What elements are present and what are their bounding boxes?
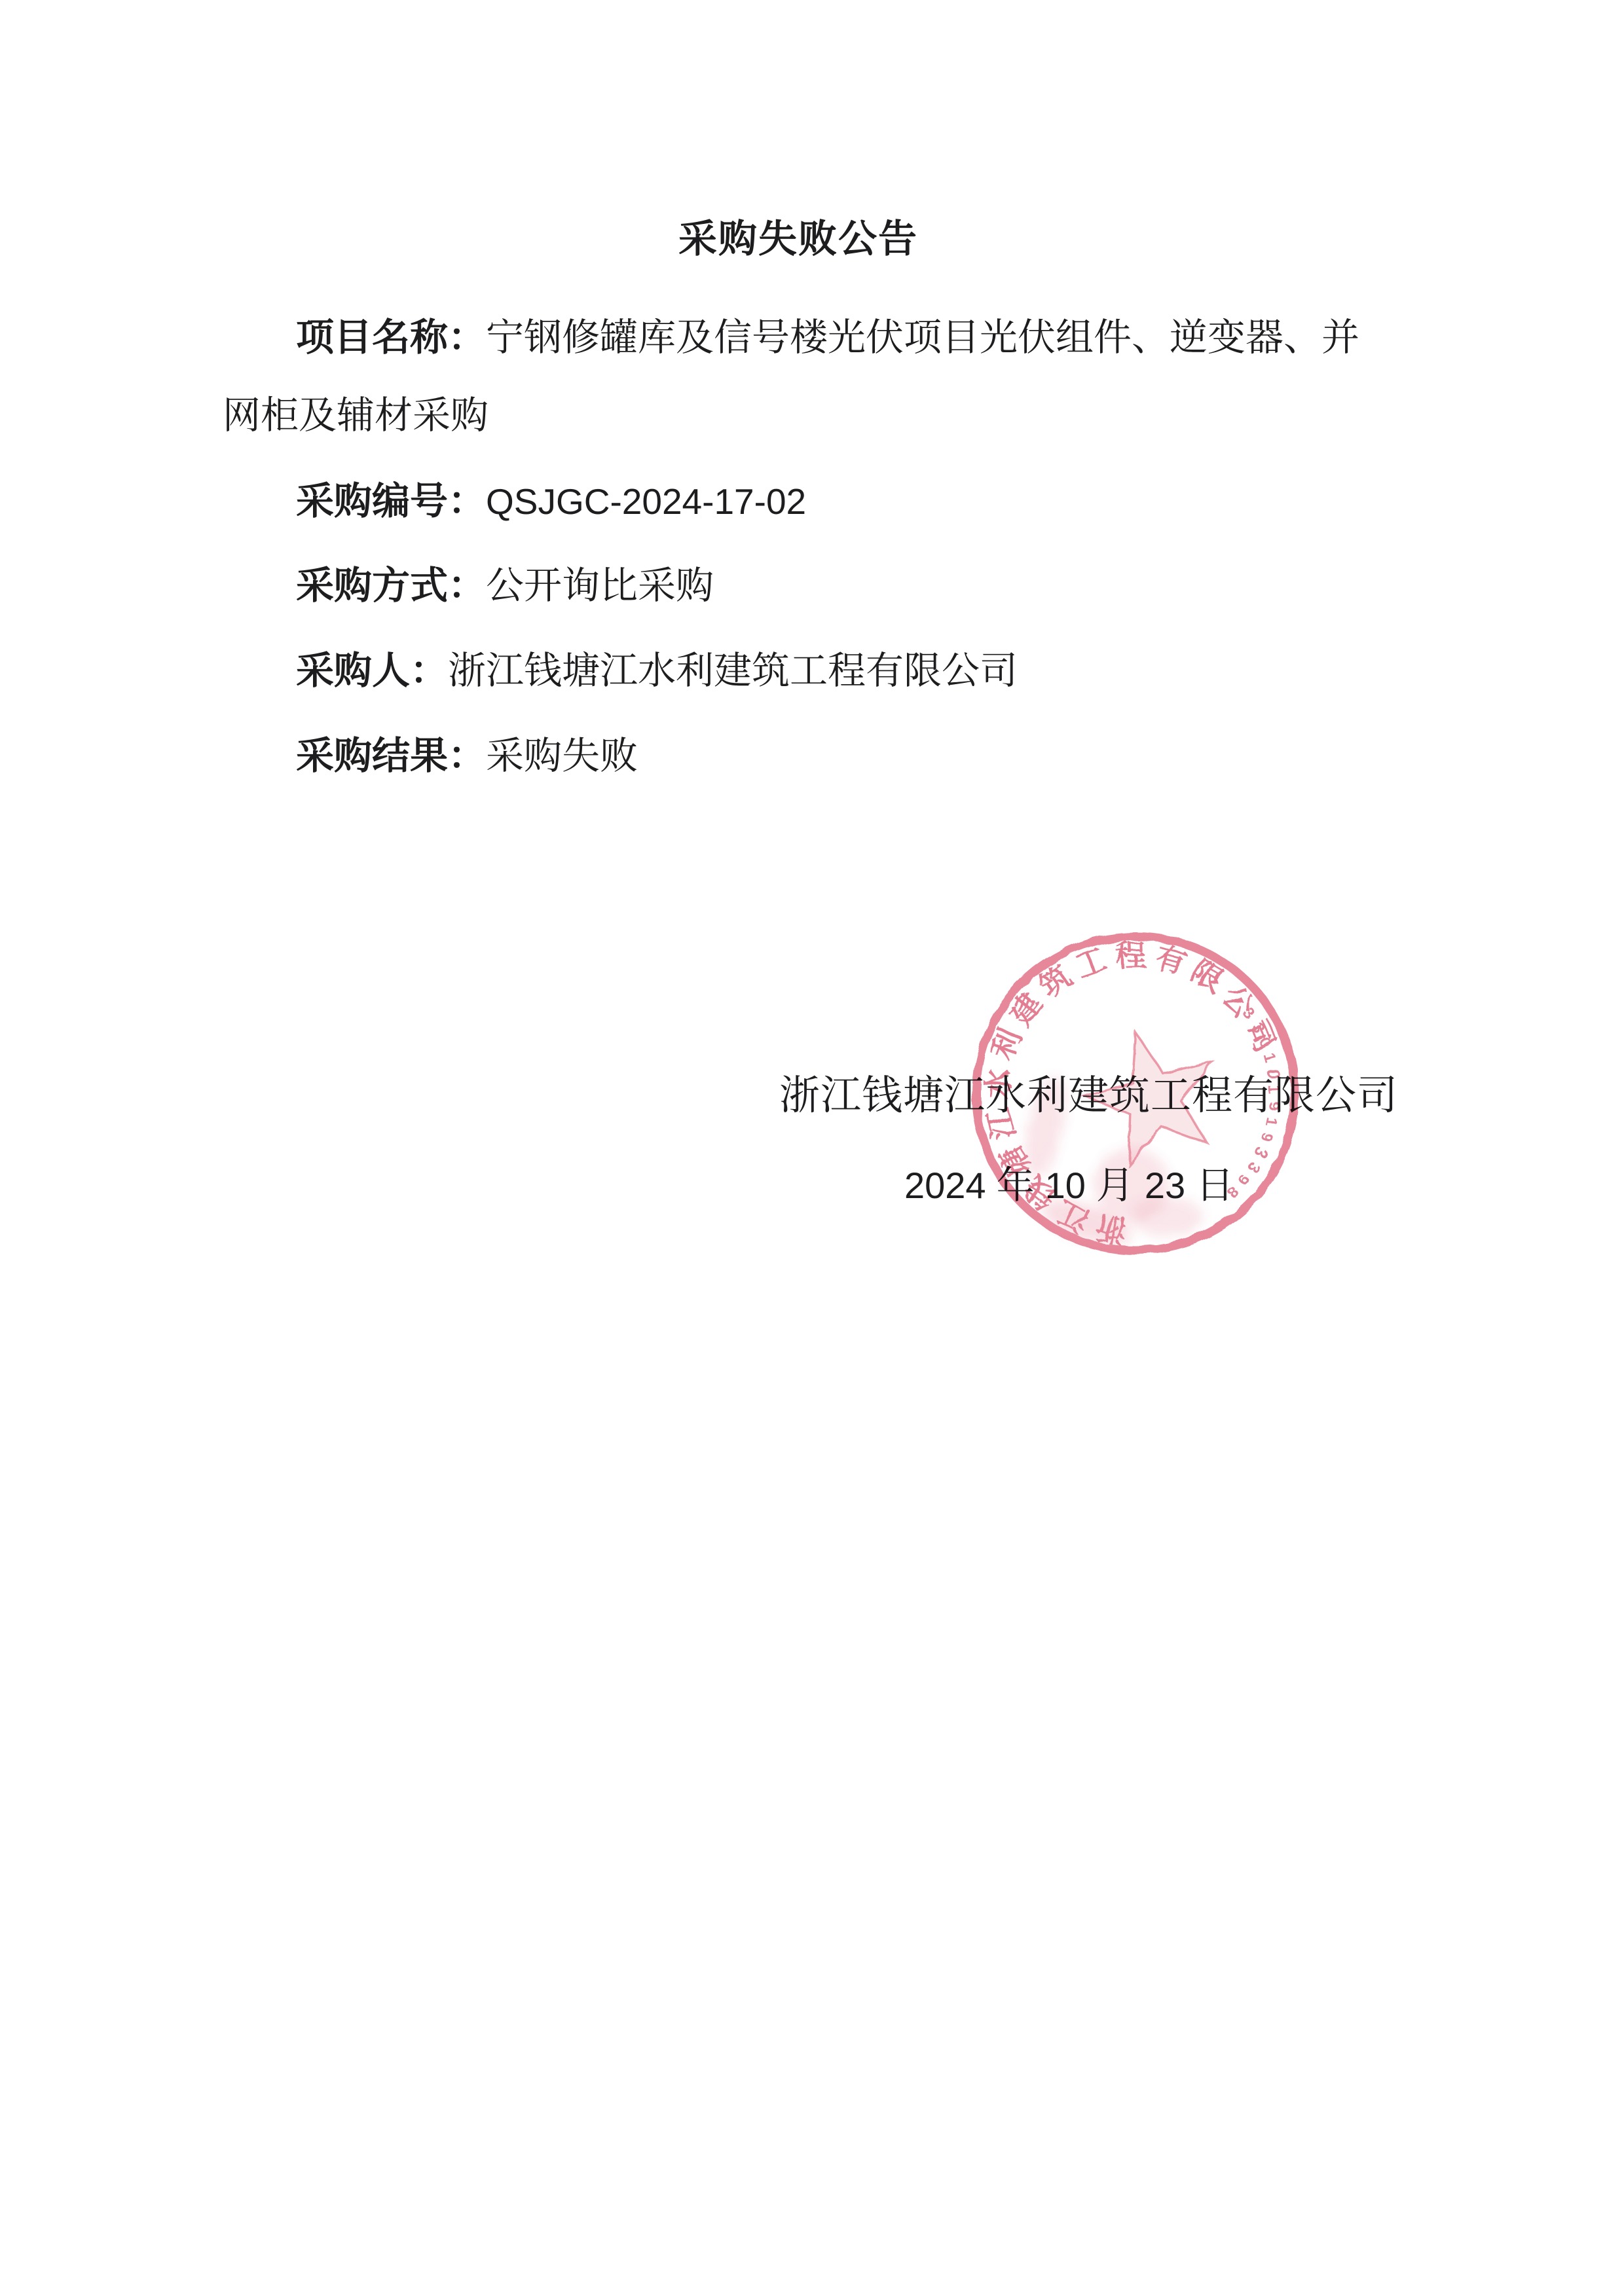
svg-text:1: 1: [1260, 1051, 1280, 1065]
field-value: 浙江钱塘江水利建筑工程有限公司: [448, 649, 1018, 692]
body-line-procurement-method: 采购方式：公开询比采购: [296, 567, 714, 605]
svg-text:0: 0: [1255, 1034, 1275, 1049]
body-line-project-name-continued: 网柜及辅材采购: [223, 397, 489, 435]
date-day-unit: 日: [1196, 1167, 1234, 1205]
field-label: 项目名称：: [296, 316, 486, 359]
field-label: 采购结果：: [296, 735, 486, 777]
field-label: 采购方式：: [296, 564, 486, 607]
field-label: 采购编号：: [296, 480, 486, 522]
signature-date: 2024年10月23日: [904, 1167, 1234, 1205]
svg-text:9: 9: [1234, 1171, 1254, 1189]
body-line-purchaser: 采购人：浙江钱塘江水利建筑工程有限公司: [296, 652, 1018, 690]
field-value: 网柜及辅材采购: [223, 394, 489, 437]
field-value: 采购失败: [486, 735, 638, 777]
svg-text:3: 3: [1243, 1158, 1263, 1176]
document-page: 采购失败公告 项目名称：宁钢修罐库及信号楼光伏项目光伏组件、逆变器、并 网柜及辅…: [0, 0, 1624, 2296]
field-label: 采购人：: [296, 649, 448, 692]
svg-text:建: 建: [1004, 987, 1048, 1032]
body-line-procurement-result: 采购结果：采购失败: [296, 737, 638, 775]
svg-text:浙: 浙: [1094, 1210, 1129, 1248]
date-year-unit: 年: [997, 1167, 1035, 1205]
date-month-unit: 月: [1096, 1167, 1134, 1205]
date-day: 23: [1145, 1167, 1185, 1204]
signature-company: 浙江钱塘江水利建筑工程有限公司: [779, 1076, 1398, 1116]
svg-text:3: 3: [1251, 1144, 1271, 1161]
svg-text:9: 9: [1257, 1131, 1277, 1145]
svg-text:公: 公: [1216, 979, 1261, 1024]
svg-text:司: 司: [1239, 1015, 1282, 1056]
svg-text:有: 有: [1152, 940, 1190, 980]
svg-text:工: 工: [1071, 943, 1111, 984]
svg-text:程: 程: [1115, 939, 1147, 974]
date-month: 10: [1045, 1167, 1086, 1204]
svg-text:3: 3: [1239, 1005, 1259, 1023]
document-title: 采购失败公告: [0, 220, 1596, 259]
body-line-procurement-number: 采购编号：QSJGC-2024-17-02: [296, 483, 806, 520]
svg-text:限: 限: [1186, 954, 1229, 998]
date-year: 2024: [904, 1167, 986, 1204]
field-value: 公开询比采购: [486, 564, 714, 607]
body-line-project-name: 项目名称：宁钢修罐库及信号楼光伏项目光伏组件、逆变器、并: [296, 319, 1359, 357]
field-value: QSJGC-2024-17-02: [486, 481, 806, 522]
svg-text:3: 3: [1247, 1019, 1268, 1036]
field-value: 宁钢修罐库及信号楼光伏项目光伏组件、逆变器、并: [486, 316, 1359, 359]
svg-text:筑: 筑: [1033, 959, 1077, 1004]
svg-text:利: 利: [986, 1025, 1028, 1065]
